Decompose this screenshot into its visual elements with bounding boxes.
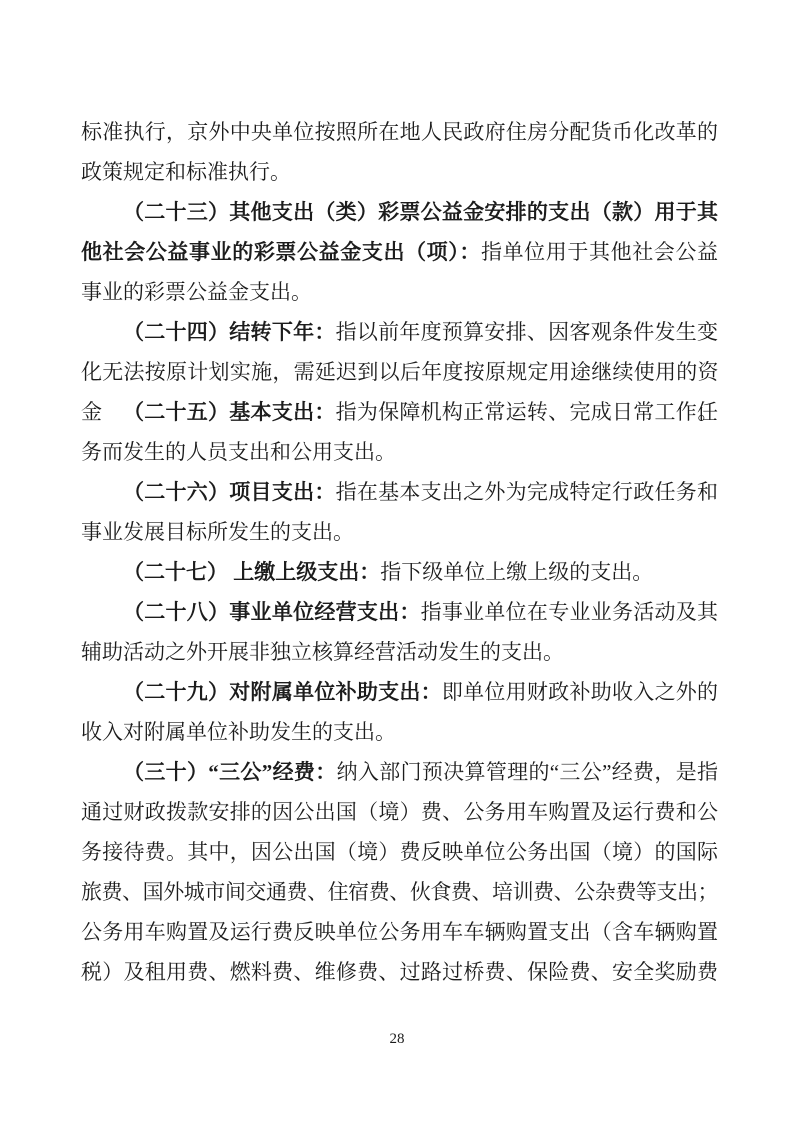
bold-text-segment: （二十七） 上缴上级支出： [123,560,380,584]
text-line: （二十九）对附属单位补助支出：即单位用财政补助收入之外的 [81,672,718,712]
bold-text-segment: （二十九）对附属单位补助支出： [123,680,442,704]
text-line: 化无法按原计划实施，需延迟到以后年度按原规定用途继续使用的资金。 [81,352,718,392]
text-line: 务接待费。其中，因公出国（境）费反映单位公务出国（境）的国际 [81,832,718,872]
text-segment: 事业发展目标所发生的支出。 [81,520,354,544]
text-segment: 指单位用于其他社会公益 [481,240,718,264]
text-line: 辅助活动之外开展非独立核算经营活动发生的支出。 [81,632,718,672]
text-line: 旅费、国外城市间交通费、住宿费、伙食费、培训费、公杂费等支出； [81,872,718,912]
text-line: 收入对附属单位补助发生的支出。 [81,712,718,752]
text-segment: 务接待费。其中，因公出国（境）费反映单位公务出国（境）的国际 [81,840,718,864]
text-line: 公务用车购置及运行费反映单位公务用车车辆购置支出（含车辆购置 [81,912,718,952]
text-line: （二十八）事业单位经营支出：指事业单位在专业业务活动及其 [81,592,718,632]
text-line: （二十三）其他支出（类）彩票公益金安排的支出（款）用于其 [81,192,718,232]
text-segment: 通过财政拨款安排的因公出国（境）费、公务用车购置及运行费和公 [81,800,718,824]
text-line: （二十七） 上缴上级支出：指下级单位上缴上级的支出。 [81,552,718,592]
text-line: 标准执行，京外中央单位按照所在地人民政府住房分配货币化改革的 [81,112,718,152]
text-line: 政策规定和标准执行。 [81,152,718,192]
text-line: （三十）“三公”经费：纳入部门预决算管理的“三公”经费，是指 [81,752,718,792]
text-segment: 政策规定和标准执行。 [81,160,291,184]
text-segment: 指事业单位在专业业务活动及其 [421,600,718,624]
text-line: （二十五）基本支出：指为保障机构正常运转、完成日常工作任 [81,392,718,432]
text-segment: 公务用车购置及运行费反映单位公务用车车辆购置支出（含车辆购置 [81,920,718,944]
bold-text-segment: （二十八）事业单位经营支出： [123,600,421,624]
bold-text-segment: 他社会公益事业的彩票公益金支出（项）： [81,240,481,264]
text-segment: 旅费、国外城市间交通费、住宿费、伙食费、培训费、公杂费等支出； [81,880,718,904]
text-segment: 税）及租用费、燃料费、维修费、过路过桥费、保险费、安全奖励费 [81,960,718,984]
text-segment: 指在基本支出之外为完成特定行政任务和 [336,480,718,504]
text-segment: 即单位用财政补助收入之外的 [442,680,718,704]
bold-text-segment: （三十）“三公”经费： [123,760,337,784]
text-segment: 辅助活动之外开展非独立核算经营活动发生的支出。 [81,640,564,664]
text-line: 务而发生的人员支出和公用支出。 [81,432,718,472]
text-segment: 指以前年度预算安排、因客观条件发生变 [336,320,718,344]
document-page: 标准执行，京外中央单位按照所在地人民政府住房分配货币化改革的政策规定和标准执行。… [0,0,794,1123]
text-segment: 标准执行，京外中央单位按照所在地人民政府住房分配货币化改革的 [81,120,718,144]
bold-text-segment: （二十五）基本支出： [123,400,336,424]
document-body: 标准执行，京外中央单位按照所在地人民政府住房分配货币化改革的政策规定和标准执行。… [81,112,718,992]
text-segment: 务而发生的人员支出和公用支出。 [81,440,396,464]
text-line: 事业的彩票公益金支出。 [81,272,718,312]
text-line: 事业发展目标所发生的支出。 [81,512,718,552]
text-line: 税）及租用费、燃料费、维修费、过路过桥费、保险费、安全奖励费 [81,952,718,992]
text-line: （二十四）结转下年：指以前年度预算安排、因客观条件发生变 [81,312,718,352]
text-line: （二十六）项目支出：指在基本支出之外为完成特定行政任务和 [81,472,718,512]
text-segment: 收入对附属单位补助发生的支出。 [81,720,396,744]
text-segment: 指为保障机构正常运转、完成日常工作任 [336,400,718,424]
text-line: 通过财政拨款安排的因公出国（境）费、公务用车购置及运行费和公 [81,792,718,832]
text-segment: 事业的彩票公益金支出。 [81,280,312,304]
text-segment: 指下级单位上缴上级的支出。 [380,560,653,584]
bold-text-segment: （二十六）项目支出： [123,480,336,504]
bold-text-segment: （二十四）结转下年： [123,320,336,344]
text-line: 他社会公益事业的彩票公益金支出（项）：指单位用于其他社会公益 [81,232,718,272]
bold-text-segment: （二十三）其他支出（类）彩票公益金安排的支出（款）用于其 [123,200,718,224]
page-number: 28 [0,1031,794,1048]
text-segment: 纳入部门预决算管理的“三公”经费，是指 [337,760,718,784]
